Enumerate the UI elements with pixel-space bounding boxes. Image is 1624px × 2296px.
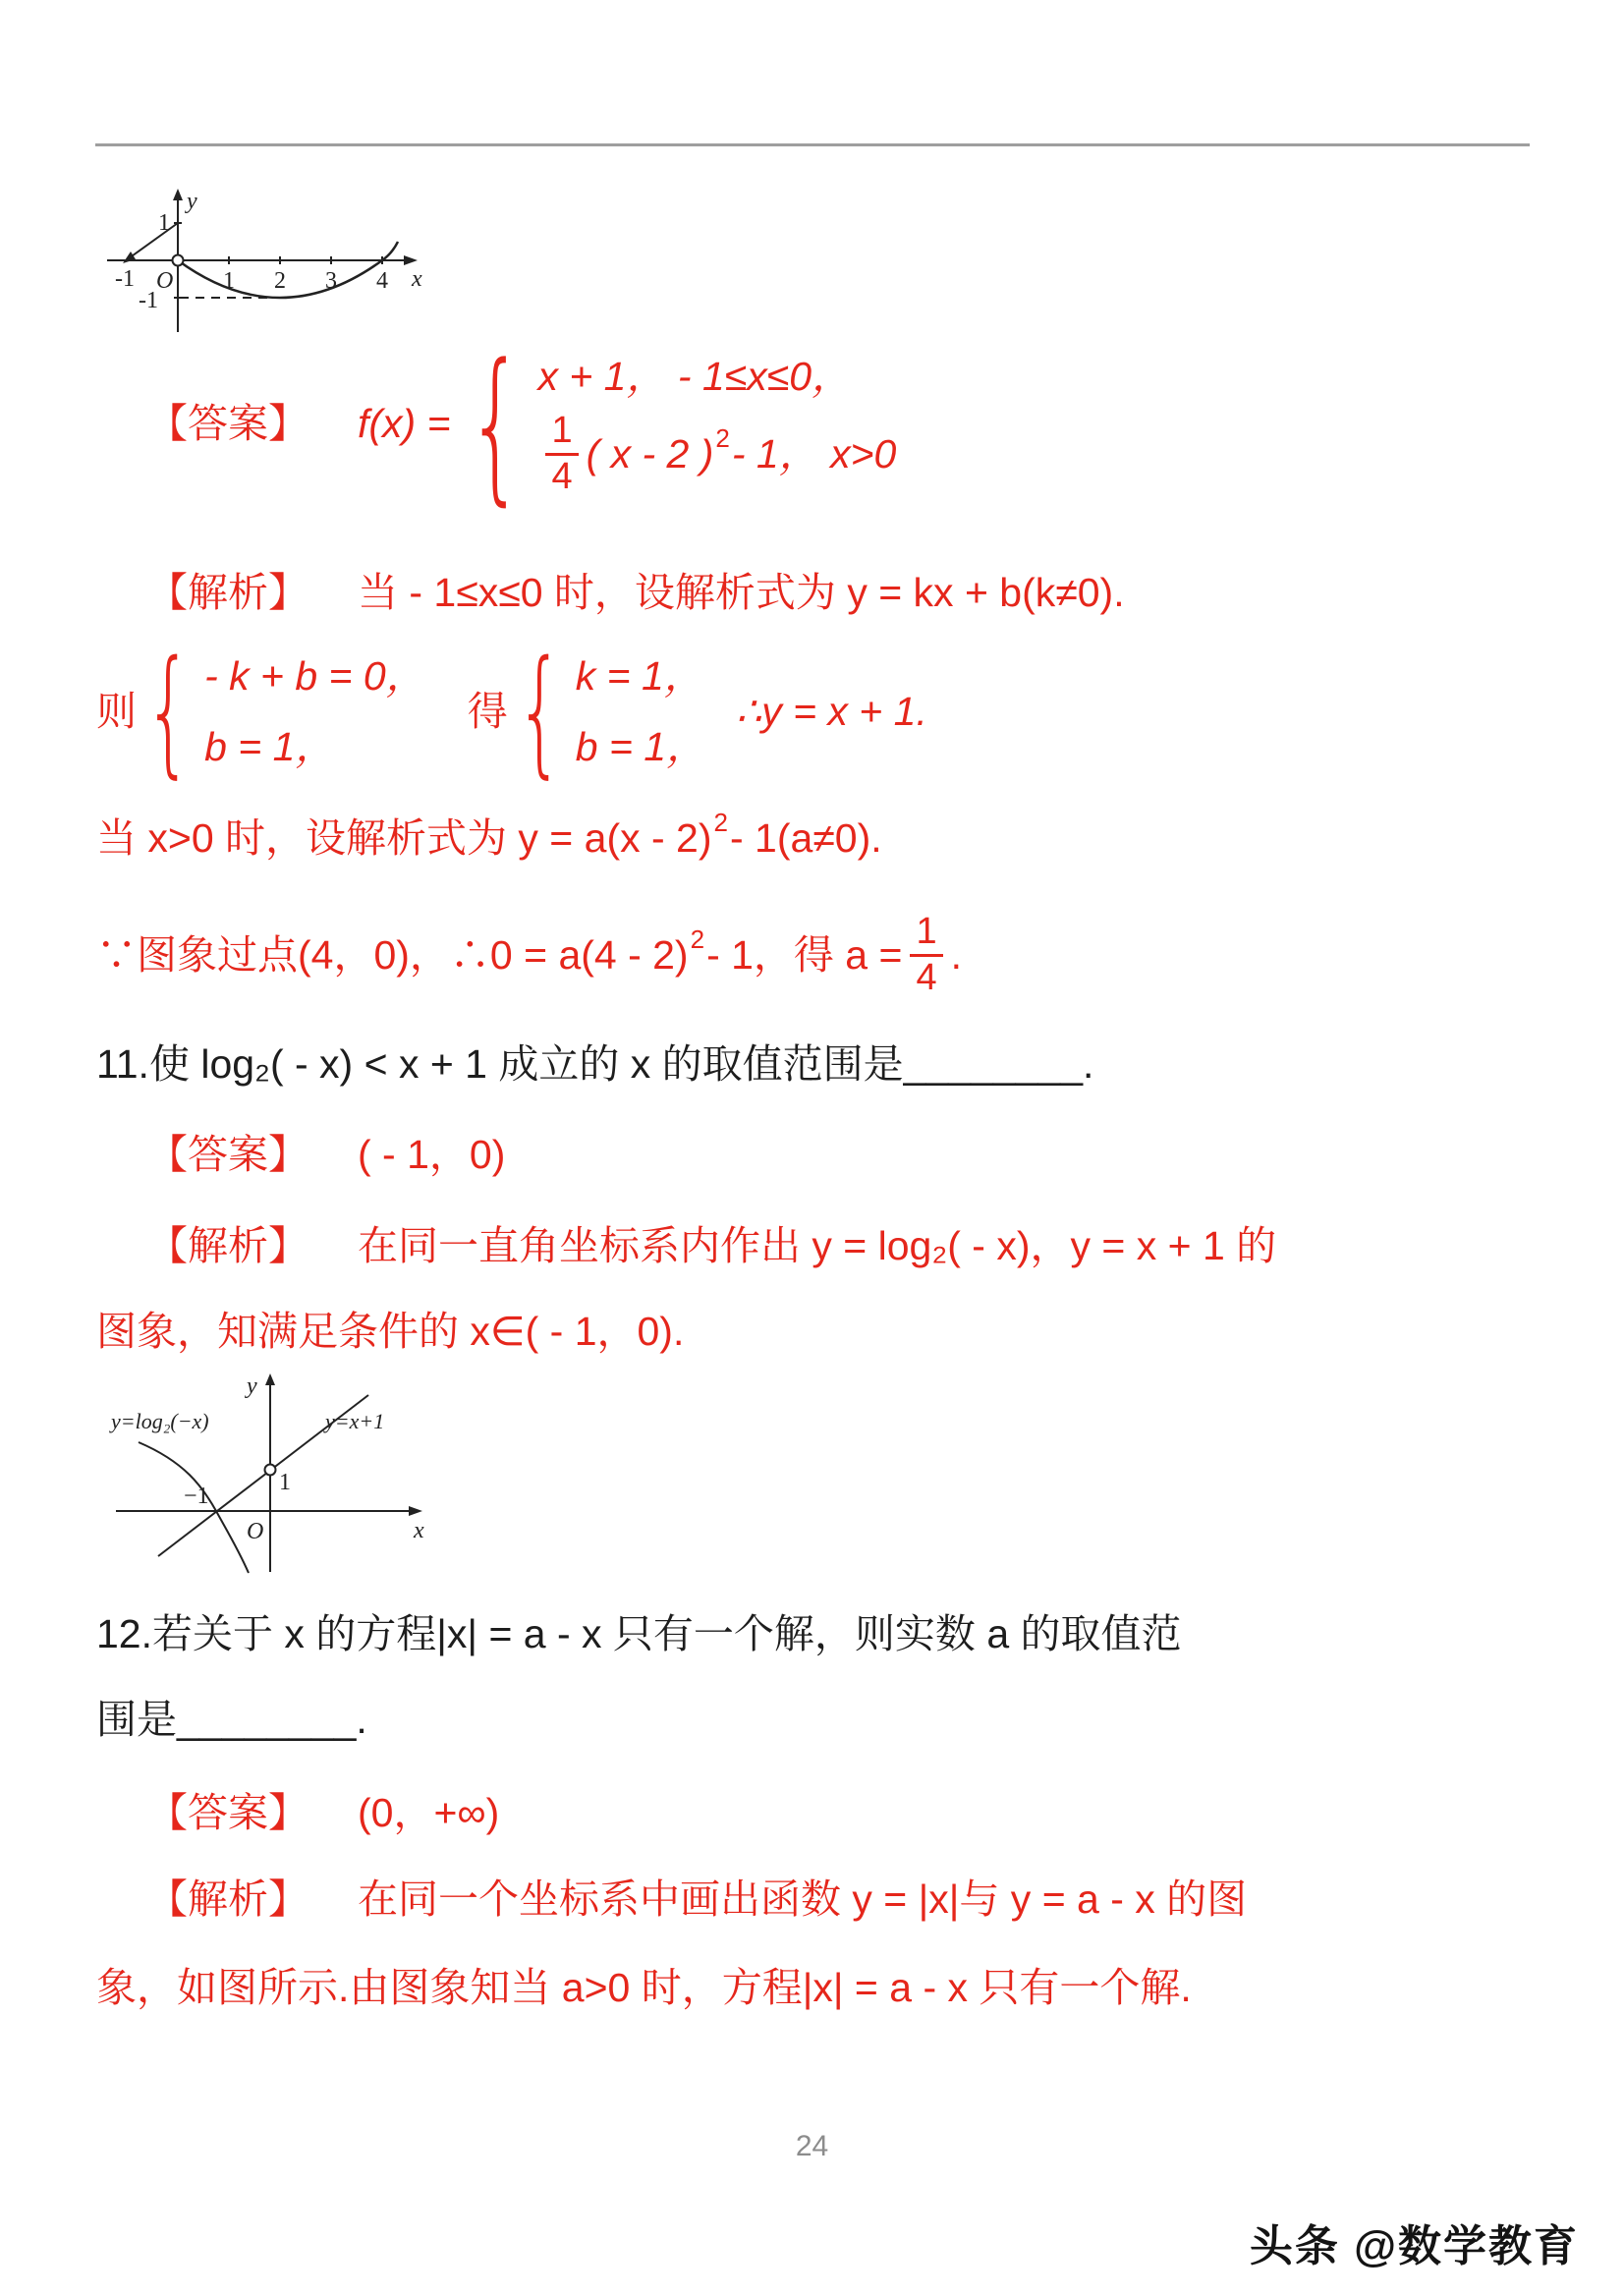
analysis-10-text4: ∵图象过点(4，0)，∴0 = a(4 - 2) xyxy=(96,930,689,980)
question-11-text: 11.使 log₂( - x) < x + 1 成立的 x 的取值范围是____… xyxy=(96,1039,1093,1090)
exponent-2: 2 xyxy=(714,807,728,839)
analysis-11-line1: 【解析】 在同一直角坐标系内作出 y = log₂( - x)，y = x + … xyxy=(147,1221,1276,1271)
x-tick-neg1-label: -1 xyxy=(115,266,135,292)
system-2: k = 1， b = 1， xyxy=(576,651,706,772)
y-axis-label: y xyxy=(185,189,197,214)
x-tick-neg1-label: −1 xyxy=(184,1484,209,1509)
question-11: 11.使 log₂( - x) < x + 1 成立的 x 的取值范围是____… xyxy=(96,1039,1093,1090)
x-axis-label: x xyxy=(413,1518,424,1543)
system-1: - k + b = 0， b = 1， xyxy=(204,651,426,772)
y-tick-1-label: 1 xyxy=(279,1470,291,1495)
analysis-tag: 【解析】 xyxy=(147,1875,308,1925)
system-brace-1: { xyxy=(144,653,193,770)
segment-line xyxy=(129,223,178,258)
analysis-12-line2: 象，如图所示.由图象知当 a>0 时，方程|x| = a - x 只有一个解. xyxy=(96,1963,1192,2013)
analysis-11-text2: 图象，知满足条件的 x∈( - 1，0). xyxy=(96,1307,684,1357)
question-12-text1: 12.若关于 x 的方程|x| = a - x 只有一个解，则实数 a 的取值范 xyxy=(96,1609,1182,1659)
piecewise-case-1: x + 1， - 1≤x≤0， xyxy=(537,352,896,402)
graph-log-line-svg: y=log₂(−x) y=x+1 y x −1 O 1 xyxy=(101,1364,435,1578)
y-tick-1-label: 1 xyxy=(158,210,170,236)
y-tick-neg1-label: -1 xyxy=(139,288,158,313)
answer-10-block: 【答案】 f(x) = { x + 1， - 1≤x≤0， 1 4 ( x - … xyxy=(147,346,896,503)
x-tick-2-label: 2 xyxy=(274,268,286,294)
analysis-10-line4: ∵图象过点(4，0)，∴0 = a(4 - 2) 2 - 1，得 a = 1 4… xyxy=(96,904,962,1007)
analysis-tag: 【解析】 xyxy=(147,568,308,618)
analysis-10-text4-mid: - 1，得 a = xyxy=(706,930,902,980)
line-equation-label: y=x+1 xyxy=(323,1409,384,1433)
parabola-curve xyxy=(178,242,398,298)
answer-tag: 【答案】 xyxy=(147,399,308,449)
piecewise-brace: { xyxy=(467,355,525,495)
system-1-eq2: b = 1， xyxy=(204,722,426,772)
piecewise-cases: x + 1， - 1≤x≤0， 1 4 ( x - 2 ) 2 - 1， x>0 xyxy=(537,352,896,497)
question-12-line2: 围是________. xyxy=(96,1695,367,1745)
system-conclusion: ∴y = x + 1. xyxy=(736,687,927,737)
x-tick-1-label: 1 xyxy=(223,268,235,294)
fx-lhs: f(x) = xyxy=(358,399,451,449)
fraction-one-fourth: 1 4 xyxy=(545,412,578,497)
fraction-one-fourth: 1 4 xyxy=(910,913,942,998)
exponent-2: 2 xyxy=(715,422,729,455)
system-2-eq1: k = 1， xyxy=(576,651,706,701)
origin-label: O xyxy=(247,1519,263,1544)
graph-log-line: y=log₂(−x) y=x+1 y x −1 O 1 xyxy=(101,1364,435,1578)
exponent-2: 2 xyxy=(691,924,704,956)
curve-equation-label: y=log₂(−x) xyxy=(109,1409,209,1433)
segment-arrow-icon xyxy=(123,252,136,263)
origin-label: O xyxy=(156,268,173,294)
analysis-12-text2: 象，如图所示.由图象知当 a>0 时，方程|x| = a - x 只有一个解. xyxy=(96,1963,1192,2013)
answer-tag: 【答案】 xyxy=(147,1130,308,1180)
analysis-10-text3: 当 x>0 时，设解析式为 y = a(x - 2) xyxy=(96,813,712,864)
analysis-10-line3: 当 x>0 时，设解析式为 y = a(x - 2) 2 - 1(a≠0). xyxy=(96,813,882,864)
analysis-tag: 【解析】 xyxy=(147,1221,308,1271)
page-number: 24 xyxy=(0,2130,1624,2163)
y-axis-label: y xyxy=(245,1373,257,1399)
watermark: 头条 @数学教育 xyxy=(1250,2211,1579,2273)
x-tick-3-label: 3 xyxy=(325,268,337,294)
x-axis-arrow-icon xyxy=(409,1506,422,1516)
y-axis-arrow-icon xyxy=(265,1373,275,1385)
x-tick-4-label: 4 xyxy=(376,268,388,294)
answer-12-value: (0，+∞) xyxy=(358,1788,499,1838)
answer-tag: 【答案】 xyxy=(147,1788,308,1838)
analysis-12-text1: 在同一个坐标系中画出函数 y = |x|与 y = a - x 的图 xyxy=(358,1875,1247,1925)
system-brace-2: { xyxy=(516,653,564,770)
open-circle-0-1 xyxy=(265,1465,276,1476)
analysis-10-text3-tail: - 1(a≠0). xyxy=(730,813,882,864)
then-label: 则 xyxy=(96,687,137,737)
analysis-11-line2: 图象，知满足条件的 x∈( - 1，0). xyxy=(96,1307,684,1357)
y-axis-arrow-icon xyxy=(173,189,183,200)
graph-piecewise-svg: y 1 -1 -1 O 1 2 3 4 x xyxy=(101,187,430,336)
analysis-10-text1: 当 - 1≤x≤0 时，设解析式为 y = kx + b(k≠0). xyxy=(358,568,1125,618)
piecewise-case-2: 1 4 ( x - 2 ) 2 - 1， x>0 xyxy=(537,412,896,497)
question-12-text2: 围是________. xyxy=(96,1695,367,1745)
analysis-10-systems: 则 { - k + b = 0， b = 1， 得 { k = 1， b = 1… xyxy=(96,641,927,783)
system-1-eq1: - k + b = 0， xyxy=(204,651,426,701)
analysis-10-line1: 【解析】 当 - 1≤x≤0 时，设解析式为 y = kx + b(k≠0). xyxy=(147,568,1125,618)
question-12-line1: 12.若关于 x 的方程|x| = a - x 只有一个解，则实数 a 的取值范 xyxy=(96,1609,1182,1659)
answer-11-block: 【答案】 ( - 1，0) xyxy=(147,1130,505,1180)
x-axis-arrow-icon xyxy=(404,255,418,265)
analysis-12-line1: 【解析】 在同一个坐标系中画出函数 y = |x|与 y = a - x 的图 xyxy=(147,1875,1247,1925)
analysis-11-text1: 在同一直角坐标系内作出 y = log₂( - x)，y = x + 1 的 xyxy=(358,1221,1276,1271)
graph-piecewise-function: y 1 -1 -1 O 1 2 3 4 x xyxy=(101,187,430,336)
analysis-10-text4-end: . xyxy=(951,930,962,980)
get-label: 得 xyxy=(468,687,508,737)
answer-11-value: ( - 1，0) xyxy=(358,1130,505,1180)
x-axis-label: x xyxy=(411,266,422,292)
system-2-eq2: b = 1， xyxy=(576,722,706,772)
top-divider xyxy=(95,143,1530,146)
origin-open-circle xyxy=(173,255,184,266)
answer-12-block: 【答案】 (0，+∞) xyxy=(147,1788,499,1838)
worksheet-page: y 1 -1 -1 O 1 2 3 4 x 【答案】 f(x) = { x + … xyxy=(0,0,1624,2296)
